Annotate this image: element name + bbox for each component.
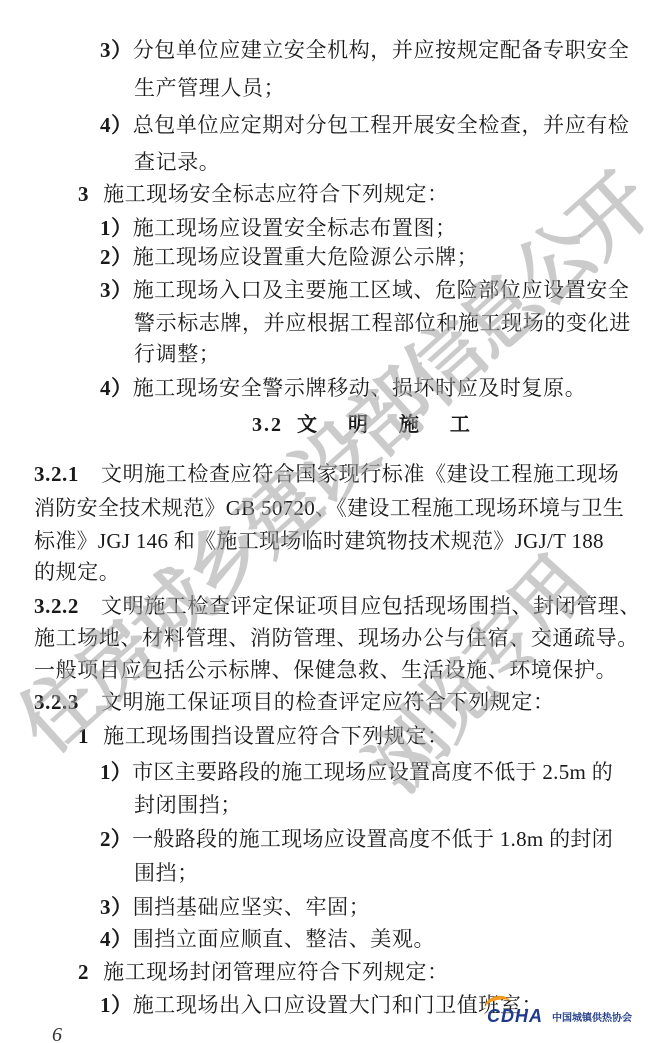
item-number: 2） [100,827,132,851]
list-item: 2）施工现场应设置重大危险源公示牌； [100,243,478,271]
list-item-continued: 生产管理人员； [134,74,285,102]
clause-continued: 标准》JGJ 146 和《施工现场临时建筑物技术规范》JGJ/T 188 [34,527,604,555]
clause-continued: 的规定。 [34,558,120,586]
item-text: 施工现场封闭管理应符合下列规定： [103,960,449,984]
list-item-continued: 警示标志牌，并应根据工程部位和施工现场的变化进 [134,309,631,337]
clause-item: 2施工现场封闭管理应符合下列规定： [78,958,449,986]
clause-continued: 施工场地、材料管理、消防管理、现场办公与住宿、交通疏导。 [34,624,639,652]
clause-number: 3.2.2 [34,594,79,618]
clause-continued: 一般项目应包括公示标牌、保健急救、生活设施、环境保护。 [34,656,617,684]
item-text: 一般路段的施工现场应设置高度不低于 1.8m 的封闭 [132,827,613,851]
item-number: 4） [100,376,133,400]
clause-number: 3.2.3 [34,690,79,714]
clause-text: 施工场地、材料管理、消防管理、现场办公与住宿、交通疏导。 [34,626,639,650]
section-heading: 3.2文 明 施 工 [252,410,482,439]
section-title: 文 明 施 工 [297,412,482,436]
list-item: 1）市区主要路段的施工现场应设置高度不低于 2.5m 的 [100,758,613,786]
clause: 3.2.2文明施工检查评定保证项目应包括现场围挡、封闭管理、 [34,592,641,620]
clause-text: 一般项目应包括公示标牌、保健急救、生活设施、环境保护。 [34,658,617,682]
item-text: 分包单位应建立安全机构，并应按规定配备专职安全 [133,38,630,62]
item-text: 围挡立面应顺直、整洁、美观。 [133,927,435,951]
item-text: 围挡； [134,861,199,885]
list-item-continued: 查记录。 [134,148,220,176]
item-number: 3） [100,895,133,919]
item-text: 施工现场安全标志应符合下列规定： [103,182,449,206]
item-text: 施工现场出入口应设置大门和门卫值班室； [133,993,543,1017]
cdha-logo-icon: CDHA [487,1006,543,1027]
item-number: 3） [100,38,133,62]
clause-text: 标准》JGJ 146 和《施工现场临时建筑物技术规范》JGJ/T 188 [34,529,604,553]
item-text: 警示标志牌，并应根据工程部位和施工现场的变化进 [134,311,631,335]
list-item: 4）围挡立面应顺直、整洁、美观。 [100,925,435,953]
clause-text: 消防安全技术规范》GB 50720、《建设工程施工现场环境与卫生 [34,496,624,520]
clause-item: 1施工现场围挡设置应符合下列规定： [78,722,449,750]
list-item: 4）施工现场安全警示牌移动、损坏时应及时复原。 [100,374,586,402]
list-item: 3）施工现场入口及主要施工区域、危险部位应设置安全 [100,276,630,304]
org-logo: CDHA 中国城镇供热协会 [487,1004,632,1028]
item-text: 行调整； [134,342,220,366]
item-text: 生产管理人员； [134,76,285,100]
clause-number: 3.2.1 [34,462,79,486]
list-item-continued: 行调整； [134,340,220,368]
item-text: 施工现场围挡设置应符合下列规定： [103,724,449,748]
item-text: 施工现场应设置重大危险源公示牌； [133,245,479,269]
clause: 3.2.3文明施工保证项目的检查评定应符合下列规定： [34,688,555,716]
page-number: 6 [52,1024,62,1043]
clause-text: 文明施工检查评定保证项目应包括现场围挡、封闭管理、 [101,594,641,618]
document-page: 3）分包单位应建立安全机构，并应按规定配备专职安全 生产管理人员； 4）总包单位… [0,0,668,1043]
clause-text: 文明施工检查应符合国家现行标准《建设工程施工现场 [101,462,619,486]
item-text: 施工现场应设置安全标志布置图； [133,216,457,240]
clause-continued: 消防安全技术规范》GB 50720、《建设工程施工现场环境与卫生 [34,494,624,522]
clause-text: 的规定。 [34,560,120,584]
org-name: 中国城镇供热协会 [552,1009,632,1024]
clause-text: 文明施工保证项目的检查评定应符合下列规定： [101,690,555,714]
list-item-continued: 围挡； [134,859,199,887]
list-item: 4）总包单位应定期对分包工程开展安全检查，并应有检 [100,111,630,139]
list-item: 2）一般路段的施工现场应设置高度不低于 1.8m 的封闭 [100,825,613,853]
item-number: 4） [100,113,133,137]
item-text: 查记录。 [134,150,220,174]
item-number: 1 [78,724,89,748]
item-text: 围挡基础应坚实、牢固； [133,895,371,919]
item-text: 施工现场入口及主要施工区域、危险部位应设置安全 [133,278,630,302]
item-text: 市区主要路段的施工现场应设置高度不低于 2.5m 的 [132,760,613,784]
item-text: 封闭围挡； [134,793,242,817]
item-number: 2） [100,245,133,269]
item-number: 1） [100,760,132,784]
item-number: 2 [78,960,89,984]
item-text: 总包单位应定期对分包工程开展安全检查，并应有检 [133,113,630,137]
list-item: 1）施工现场应设置安全标志布置图； [100,214,457,242]
list-item: 3）围挡基础应坚实、牢固； [100,893,370,921]
item-number: 3 [78,182,89,206]
item-number: 3） [100,278,133,302]
list-item-continued: 封闭围挡； [134,791,242,819]
clause-item: 3施工现场安全标志应符合下列规定： [78,180,449,208]
item-number: 1） [100,993,133,1017]
section-number: 3.2 [252,414,283,436]
item-number: 1） [100,216,133,240]
item-number: 4） [100,927,133,951]
list-item: 3）分包单位应建立安全机构，并应按规定配备专职安全 [100,36,630,64]
item-text: 施工现场安全警示牌移动、损坏时应及时复原。 [133,376,587,400]
list-item: 1）施工现场出入口应设置大门和门卫值班室； [100,991,543,1019]
clause: 3.2.1文明施工检查应符合国家现行标准《建设工程施工现场 [34,460,619,488]
